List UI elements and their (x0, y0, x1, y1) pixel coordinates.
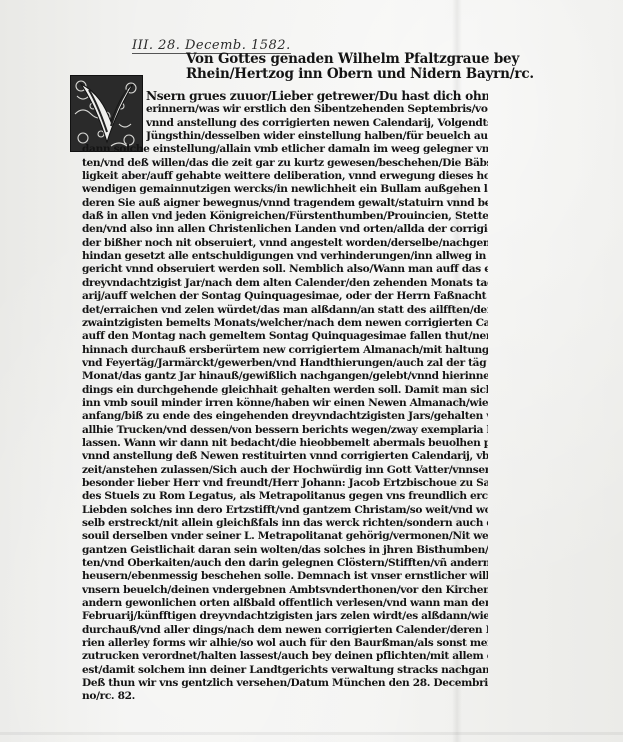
heading-line-1: Von Gottes genaden Wilhelm Pfaltzgraue b… (186, 52, 486, 67)
body-line: den/vnd also inn allen Christenlichen La… (82, 223, 488, 236)
body-line-closing: no/rc. 82. (82, 690, 488, 703)
body-line: zutrucken verordnet/halten lassest/auch … (82, 650, 488, 663)
body-line: zeit/anstehen zulassen/Sich auch der Hoc… (82, 464, 488, 477)
body-line: vnnd anstellung des corrigierten newen C… (146, 117, 488, 130)
body-line: heusern/ebenmessig beschehen solle. Demn… (82, 570, 488, 583)
body-line: andern gewonlichen orten alßbald offentl… (82, 597, 488, 610)
body-line: daß in allen vnd jeden Königreichen/Fürs… (82, 210, 488, 223)
body-line: arij/auff welchen der Sontag Quinquagesi… (82, 290, 488, 303)
page-bottom-edge (0, 732, 623, 735)
body-line: det/erraichen vnd zelen würdet/das man a… (82, 304, 488, 317)
body-line: selb erstreckt/nit allein gleichßfals in… (82, 517, 488, 530)
body-line: Februarij/künfftigen dreyvndachtzigisten… (82, 610, 488, 623)
body-line: souil derselben vnder seiner L. Metrapol… (82, 530, 488, 543)
body-line: ten/vnd Oberkaiten/auch den darin gelegn… (82, 557, 488, 570)
body-line: dings ein durchgehende gleichhait gehalt… (82, 384, 488, 397)
body-line: wendigen gemainnutzigen wercks/in newlic… (82, 183, 488, 196)
body-line: Nsern grues zuuor/Lieber getrewer/Du has… (146, 90, 488, 103)
body-line: auff den Montag nach gemeltem Sontag Qui… (82, 330, 488, 343)
body-line: Jüngsthin/desselben wider einstellung ha… (146, 130, 488, 143)
body-line: durchauß/vnd aller dings/nach dem newen … (82, 624, 488, 637)
body-line: dann solche einstellung/allain vmb etlic… (82, 143, 488, 156)
body-line: gericht vnnd obseruiert werden soll. Nem… (82, 263, 488, 276)
body-line: Deß thun wir vns gentzlich versehen/Datu… (82, 677, 488, 690)
body-line: besonder lieber Herr vnd freundt/Herr Jo… (82, 477, 488, 490)
body-line: inn vmb souil minder irren könne/haben w… (82, 397, 488, 410)
body-line: Monat/das gantz Jar hinauß/gewißlich nac… (82, 370, 488, 383)
body-line: allhie Trucken/vnd dessen/von bessern be… (82, 424, 488, 437)
body-line: vnd Feyertäg/Jarmärckt/gewerben/vnd Hand… (82, 357, 488, 370)
body-line: vnnd anstellung deß Newen restituirten v… (82, 450, 488, 463)
heading-line-2: Rhein/Hertzog inn Obern und Nidern Bayrn… (186, 67, 486, 82)
body-line: zwaintzigisten bemelts Monats/welcher/na… (82, 317, 488, 330)
body-line: deren Sie auß aigner bewegnus/vnnd trage… (82, 197, 488, 210)
body-line: est/damit solchem inn deiner Landtgerich… (82, 664, 488, 677)
body-line: dreyvndachtzigist Jar/nach dem alten Cal… (82, 277, 488, 290)
body-line: ligkeit aber/auff gehabte weittere delib… (82, 170, 488, 183)
body-line: der bißher noch nit obseruiert, vnnd ang… (82, 237, 488, 250)
body-line: vnsern beuelch/deinen vndergebnen Ambtsv… (82, 584, 488, 597)
body-line: Liebden solches inn dero Ertzstifft/vnd … (82, 504, 488, 517)
body-line: hindan gesetzt alle entschuldigungen vnd… (82, 250, 488, 263)
mandate-body-text: Nsern grues zuuor/Lieber getrewer/Du has… (82, 90, 488, 704)
document-heading: Von Gottes genaden Wilhelm Pfaltzgraue b… (186, 52, 486, 82)
body-line: des Stuels zu Rom Legatus, als Metrapoli… (82, 490, 488, 503)
body-line: erinnern/was wir erstlich den Sibentzehe… (146, 103, 488, 116)
body-line: lassen. Wann wir dann nit bedacht/die hi… (82, 437, 488, 450)
document-page: III. 28. Decemb. 1582. Von Gottes genade… (0, 0, 623, 742)
body-line: ten/vnd deß willen/das die zeit gar zu k… (82, 157, 488, 170)
body-line: rien allerley forms wir alhie/so wol auc… (82, 637, 488, 650)
body-line: gantzen Geistlichait daran sein wolten/d… (82, 544, 488, 557)
body-line: anfang/biß zu ende des eingehenden dreyv… (82, 410, 488, 423)
body-line: hinnach durchauß ersberürtem new corrigi… (82, 344, 488, 357)
